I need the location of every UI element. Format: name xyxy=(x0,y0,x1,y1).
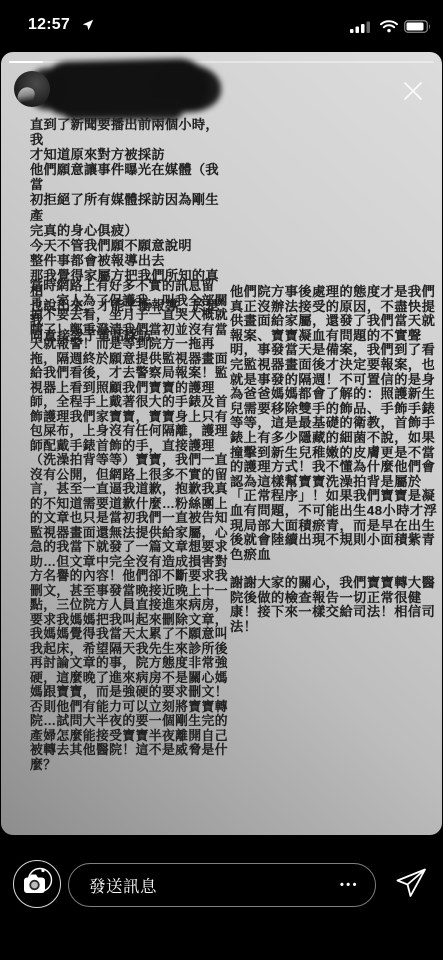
location-icon xyxy=(82,19,94,31)
close-button[interactable] xyxy=(398,76,428,106)
more-options-button[interactable]: ••• xyxy=(340,879,359,891)
signal-icon xyxy=(350,21,374,33)
story-text-left-main: 當時網路上有好多不實的訊息留 言，家人為了保護我，叫我全部關 掉不要去看，坐月子… xyxy=(30,279,230,772)
send-icon xyxy=(394,866,428,900)
close-icon xyxy=(401,79,425,103)
clock: 12:57 xyxy=(28,16,70,34)
avatar[interactable] xyxy=(14,71,50,107)
camera-icon xyxy=(17,864,57,904)
battery-icon xyxy=(404,20,431,33)
story-text-right-closing: 謝謝大家的關心，我們寶寶轉大醫 院後做的檢查報告一切正常很健 康！接下來一樣交給… xyxy=(230,576,442,634)
wifi-icon xyxy=(380,20,398,33)
message-placeholder: 發送訊息 xyxy=(89,873,157,897)
story-card[interactable]: 直到了新聞要播出前兩個小時，我 才知道原來對方被採訪 他們願意讓事件曝光在媒體（… xyxy=(1,52,442,835)
status-bar: 12:57 xyxy=(0,0,443,52)
send-button[interactable] xyxy=(392,864,430,902)
camera-button[interactable] xyxy=(13,860,61,908)
story-text-right-main: 他們院方事後處理的態度才是我們 真正沒辦法接受的原因，不盡快提 供畫面給家屬，還… xyxy=(230,285,442,562)
composer-bar: 發送訊息 ••• xyxy=(0,835,443,960)
message-input[interactable]: 發送訊息 ••• xyxy=(68,863,376,907)
